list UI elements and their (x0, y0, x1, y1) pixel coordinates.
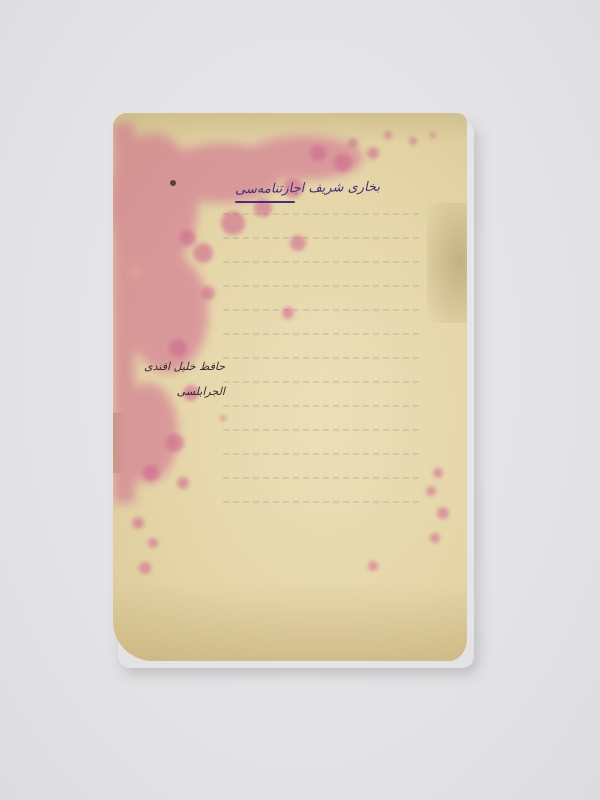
manuscript-page: بخاری شریف اجازتنامه‌سی حافظ خلیل افندی … (113, 113, 467, 661)
title-underline-stroke (235, 201, 295, 203)
title-inscription: بخاری شریف اجازتنامه‌سی (235, 180, 380, 198)
faint-bleed-through-text (223, 213, 423, 543)
margin-note-line-2: الجرابلسی (135, 385, 225, 398)
margin-note-line-1: حافظ خلیل افندی (135, 360, 225, 373)
